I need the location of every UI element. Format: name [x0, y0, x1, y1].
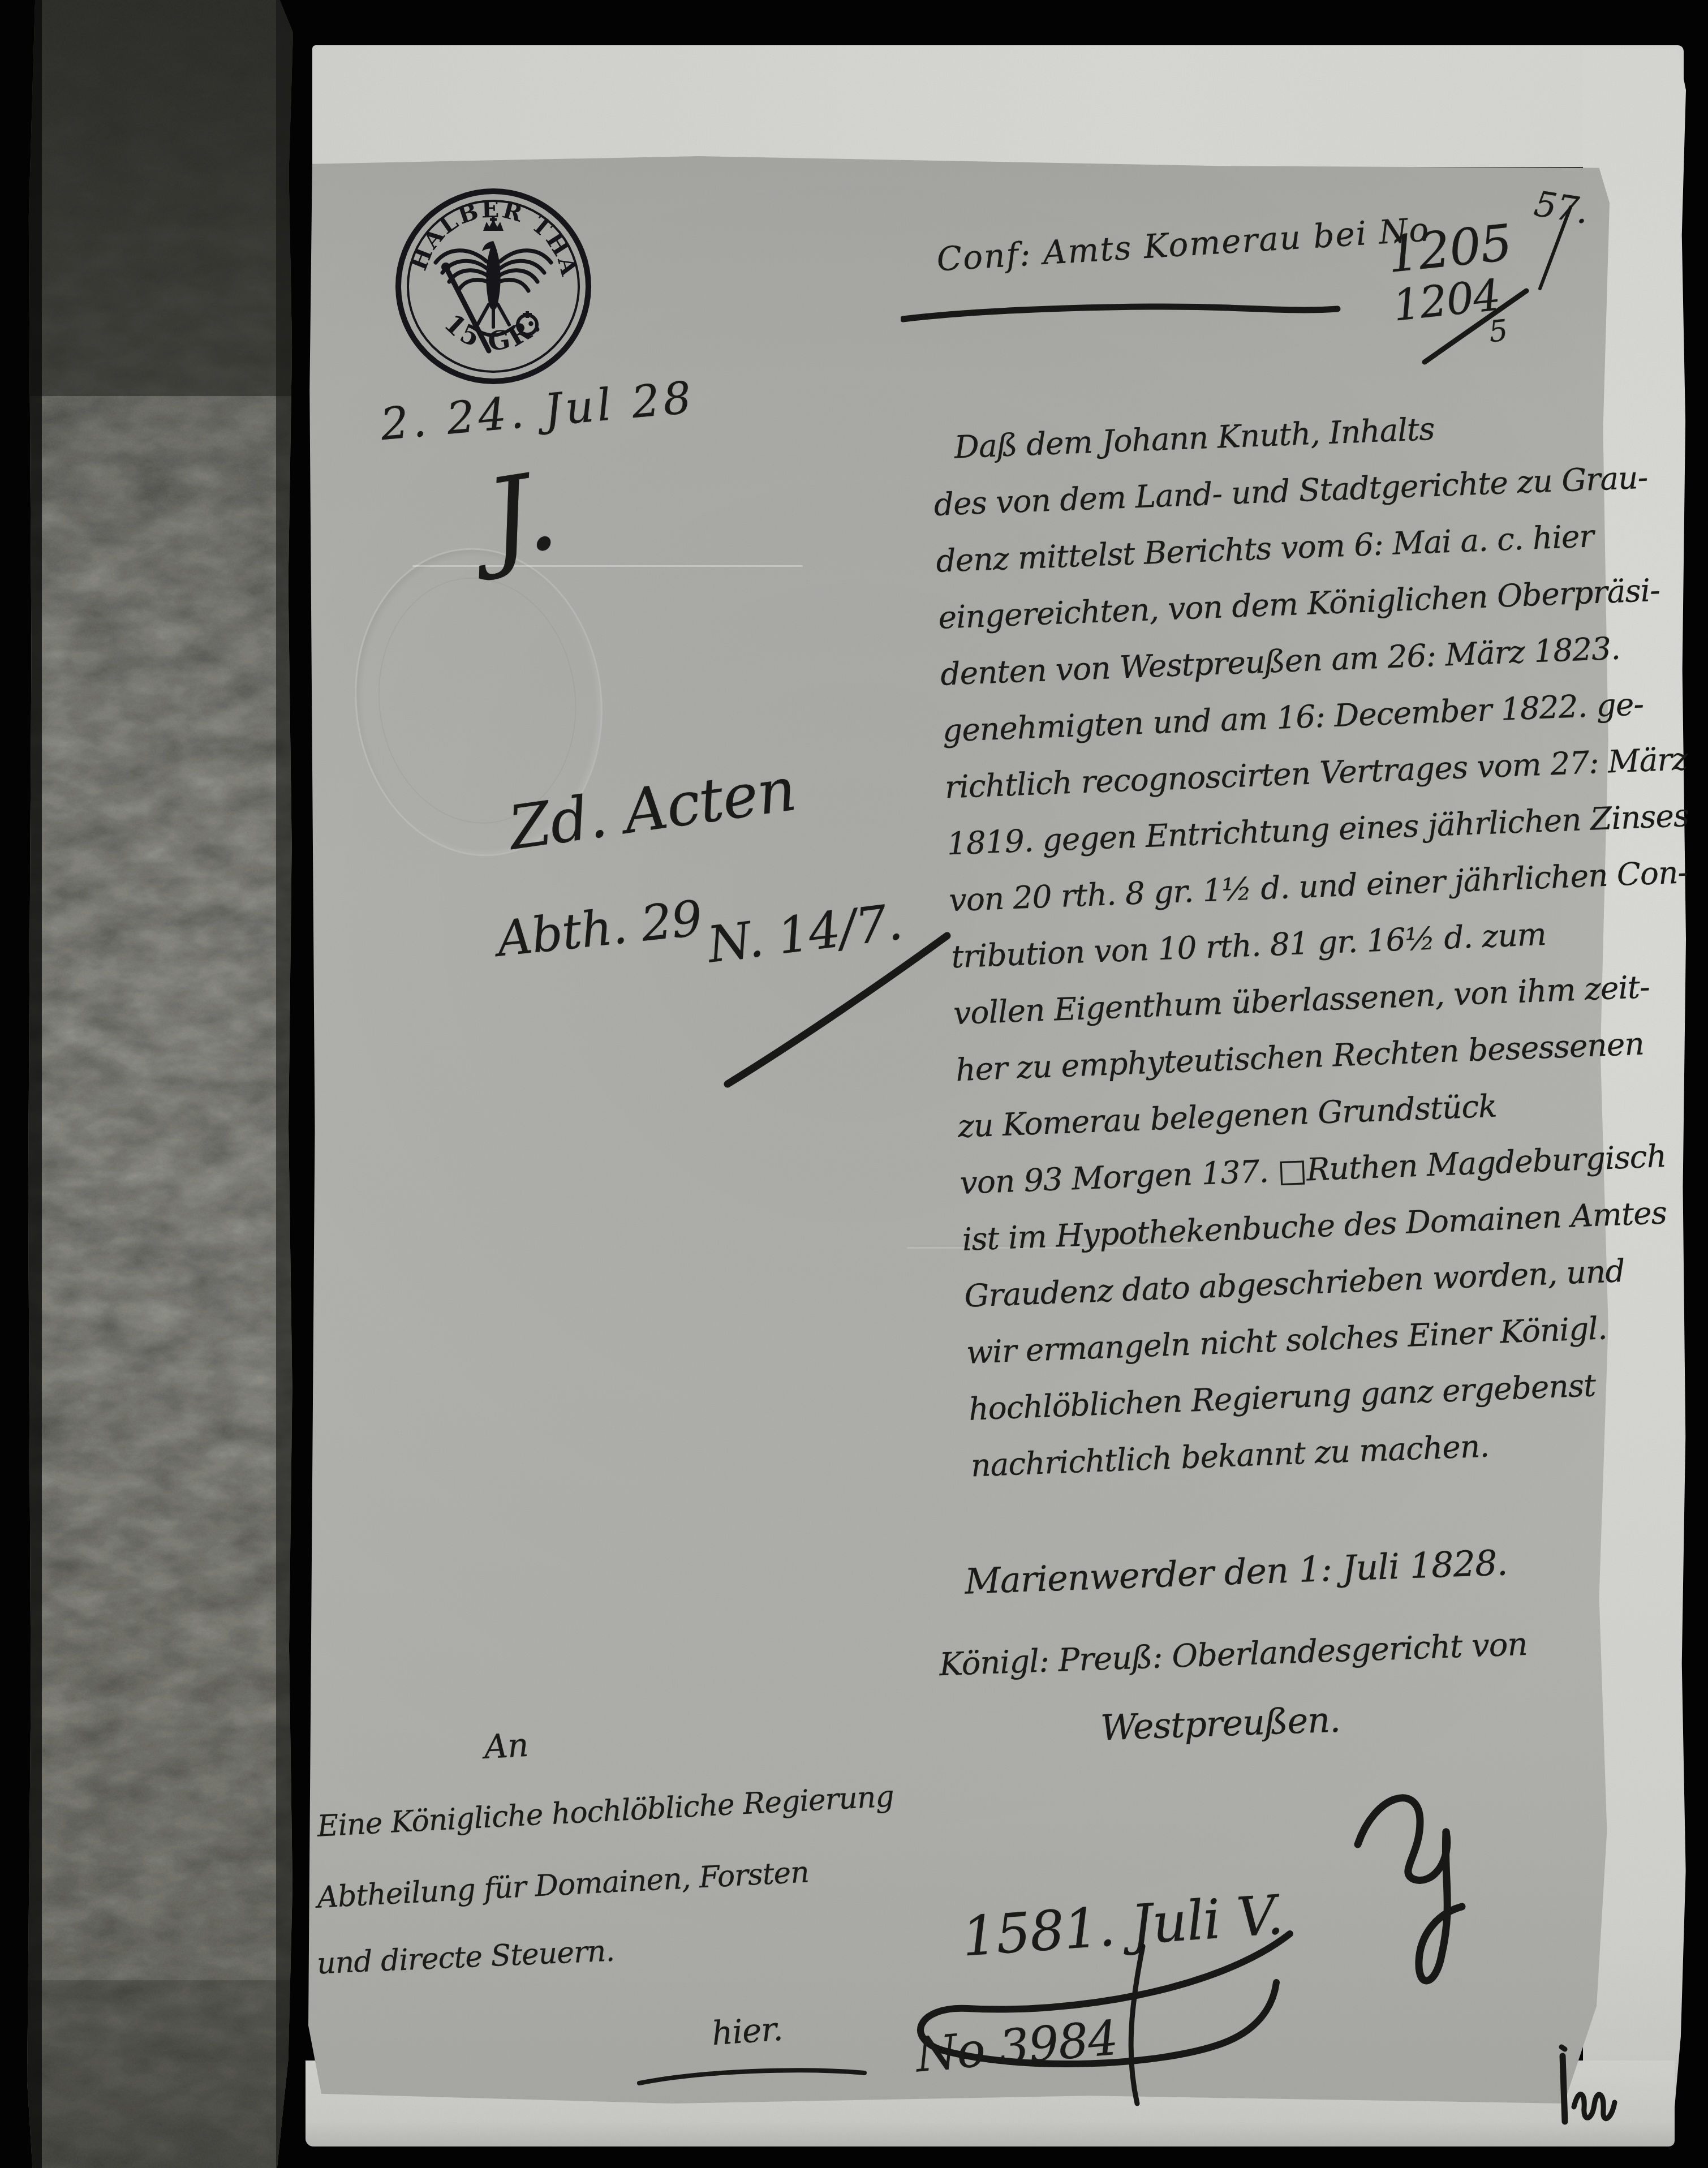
docket-number-sub: 5 [1487, 313, 1509, 349]
folio-number: 57. [1531, 183, 1591, 232]
backing-sheet-top-edge [312, 45, 1684, 167]
book-spine [27, 0, 293, 2168]
signature-province: Westpreußen. [1100, 1699, 1341, 1749]
letter-body: Daß dem Johann Knuth, Inhalts des von de… [931, 392, 1704, 1494]
revenue-stamp: EIN HALBER THALER 15 GR: [389, 182, 597, 390]
archival-scan: EIN HALBER THALER 15 GR: [0, 0, 1708, 2168]
address-salutation: An [483, 1726, 529, 1766]
address-place: hier. [711, 2010, 784, 2053]
spine-texture [27, 0, 293, 2168]
